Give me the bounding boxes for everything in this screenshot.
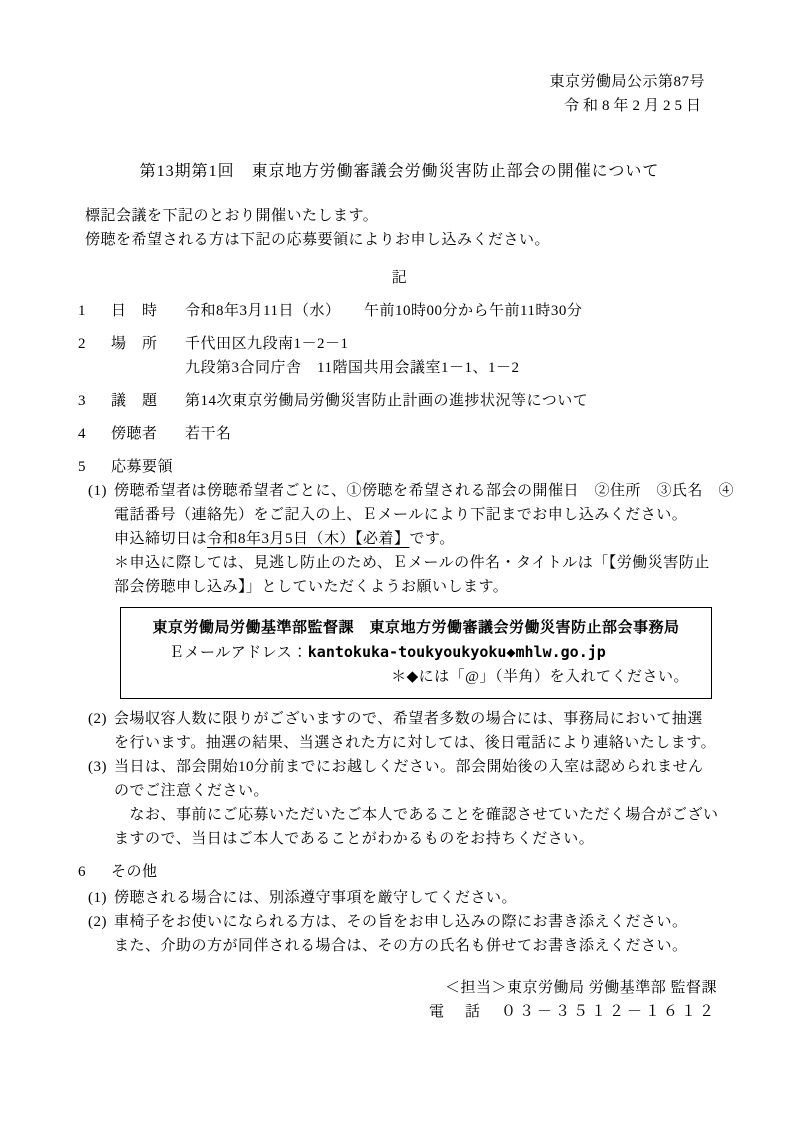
intro-line: 標記会議を下記のとおり開催いたします。 <box>85 204 721 228</box>
subject-note-line: ＊申込に際しては、見逃し防止のため、Ｅメールの件名・タイトルは「【労働災害防止 <box>114 551 734 575</box>
sub1-line: 電話番号（連絡先）をご記入の上、Ｅメールにより下記までお申し込みください。 <box>114 503 734 527</box>
official-notice-page: 東京労働局公示第87号 令和8年2月25日 第13期第1回 東京地方労働審議会労… <box>0 0 793 1122</box>
deadline-prefix: 申込締切日は <box>114 531 207 547</box>
item-place: 2 場 所 千代田区九段南1－2－1 九段第3合同庁舎 11階国共用会議室1－1… <box>78 332 721 380</box>
sub-marker: (1) <box>88 886 114 910</box>
item-agenda: 3 議 題 第14次東京労働局労働災害防止計画の進捗状況等について <box>78 389 721 413</box>
item-number: 4 <box>78 422 111 446</box>
sub3-line: なお、事前にご応募いただいたご本人であることを確認させていただく場合がござい <box>114 803 721 827</box>
subject-note-line: 部会傍聴申し込み】」としていただくようお願いします。 <box>114 575 734 599</box>
email-note: ＊◆には「@」（半角）を入れてください。 <box>121 665 711 689</box>
others-sub2-line: また、介助の方が同伴される場合は、その方の氏名も併せてお書き添えください。 <box>114 934 721 958</box>
intro-paragraph: 標記会議を下記のとおり開催いたします。 傍聴を希望される方は下記の応募要領により… <box>78 204 721 252</box>
sub-body: 会場収容人数に限りがございますので、希望者多数の場合には、事務局において抽選 を… <box>114 707 721 755</box>
deadline-line: 申込締切日は令和8年3月5日（木）【必着】です。 <box>114 527 734 551</box>
item-number: 2 <box>78 332 111 380</box>
sub3-line: のでご注意ください。 <box>114 779 721 803</box>
sub2-line: 会場収容人数に限りがございますので、希望者多数の場合には、事務局において抽選 <box>114 707 721 731</box>
others-sub2: (2) 車椅子をお使いになられる方は、その旨をお申し込みの際にお書き添えください… <box>78 910 721 958</box>
item-label: その他 <box>111 860 185 884</box>
guideline-sub2: (2) 会場収容人数に限りがございますので、希望者多数の場合には、事務局において… <box>78 707 721 755</box>
item-label: 傍聴者 <box>111 422 185 446</box>
item-label: 日 時 <box>111 299 185 323</box>
others-sub2-line: 車椅子をお使いになられる方は、その旨をお申し込みの際にお書き添えください。 <box>114 910 721 934</box>
item-label: 議 題 <box>111 389 185 413</box>
email-line: Ｅメールアドレス：kantokuka-toukyoukyoku◆mhlw.go.… <box>121 640 711 665</box>
item-application-guidelines: 5 応募要領 <box>78 455 721 479</box>
item-value: 令和8年3月11日（水） 午前10時00分から午前11時30分 <box>185 299 721 323</box>
item-datetime: 1 日 時 令和8年3月11日（水） 午前10時00分から午前11時30分 <box>78 299 721 323</box>
email-address: kantokuka-toukyoukyoku◆mhlw.go.jp <box>308 643 606 661</box>
item-others: 6 その他 <box>78 860 721 884</box>
item-number: 5 <box>78 455 111 479</box>
document-header: 東京労働局公示第87号 令和8年2月25日 <box>78 70 721 118</box>
others-sub1: (1) 傍聴される場合には、別添遵守事項を厳守してください。 <box>78 886 721 910</box>
item-value: 第14次東京労働局労働災害防止計画の進捗状況等について <box>185 389 721 413</box>
item-label: 応募要領 <box>111 455 185 479</box>
item-value: 若干名 <box>185 422 721 446</box>
item-number: 1 <box>78 299 111 323</box>
contact-box: 東京労働局労働基準部監督課 東京地方労働審議会労働災害防止部会事務局 Ｅメールア… <box>120 607 712 699</box>
contact-phone: 電 話 ０３－３５１２－１６１２ <box>78 1000 717 1024</box>
guideline-sub3: (3) 当日は、部会開始10分前までにお越しください。部会開始後の入室は認められ… <box>78 755 721 851</box>
sub-marker: (3) <box>88 755 114 851</box>
document-footer: ＜担当＞東京労働局 労働基準部 監督課 電 話 ０３－３５１２－１６１２ <box>78 976 721 1024</box>
sub2-line: を行います。抽選の結果、当選された方に対しては、後日電話により連絡いたします。 <box>114 731 721 755</box>
sub-body: 傍聴される場合には、別添遵守事項を厳守してください。 <box>114 886 721 910</box>
intro-line: 傍聴を希望される方は下記の応募要領によりお申し込みください。 <box>85 228 721 252</box>
place-building-line: 九段第3合同庁舎 11階国共用会議室1－1、1－2 <box>185 356 721 380</box>
sub1-line: 傍聴希望者は傍聴希望者ごとに、①傍聴を希望される部会の開催日 ②住所 ③氏名 ④ <box>114 479 734 503</box>
item-number: 3 <box>78 389 111 413</box>
sub3-line: ますので、当日はご本人であることがわかるものをお持ちください。 <box>114 827 721 851</box>
contact-department: ＜担当＞東京労働局 労働基準部 監督課 <box>78 976 717 1000</box>
notice-date: 令和8年2月25日 <box>78 94 705 118</box>
sub-body: 車椅子をお使いになられる方は、その旨をお申し込みの際にお書き添えください。 また… <box>114 910 721 958</box>
item-number: 6 <box>78 860 111 884</box>
item-observers: 4 傍聴者 若干名 <box>78 422 721 446</box>
item-value: 千代田区九段南1－2－1 九段第3合同庁舎 11階国共用会議室1－1、1－2 <box>185 332 721 380</box>
ki-heading: 記 <box>78 266 721 290</box>
sub3-line: 当日は、部会開始10分前までにお越しください。部会開始後の入室は認められません <box>114 755 721 779</box>
sub-marker: (2) <box>88 910 114 958</box>
deadline-suffix: です。 <box>410 531 455 547</box>
sub-body: 傍聴希望者は傍聴希望者ごとに、①傍聴を希望される部会の開催日 ②住所 ③氏名 ④… <box>114 479 734 599</box>
sub-marker: (1) <box>88 479 114 599</box>
sub-body: 当日は、部会開始10分前までにお越しください。部会開始後の入室は認められません … <box>114 755 721 851</box>
item-label: 場 所 <box>111 332 185 380</box>
deadline-underlined: 令和8年3月5日（木）【必着】 <box>207 531 410 547</box>
others-sub1-line: 傍聴される場合には、別添遵守事項を厳守してください。 <box>114 886 721 910</box>
contact-org-line: 東京労働局労働基準部監督課 東京地方労働審議会労働災害防止部会事務局 <box>121 616 711 640</box>
sub-marker: (2) <box>88 707 114 755</box>
place-address-line: 千代田区九段南1－2－1 <box>185 332 721 356</box>
email-label: Ｅメールアドレス： <box>169 645 308 661</box>
document-title: 第13期第1回 東京地方労働審議会労働災害防止部会の開催について <box>78 160 721 184</box>
notice-number: 東京労働局公示第87号 <box>78 70 705 94</box>
guideline-sub1: (1) 傍聴希望者は傍聴希望者ごとに、①傍聴を希望される部会の開催日 ②住所 ③… <box>78 479 721 599</box>
